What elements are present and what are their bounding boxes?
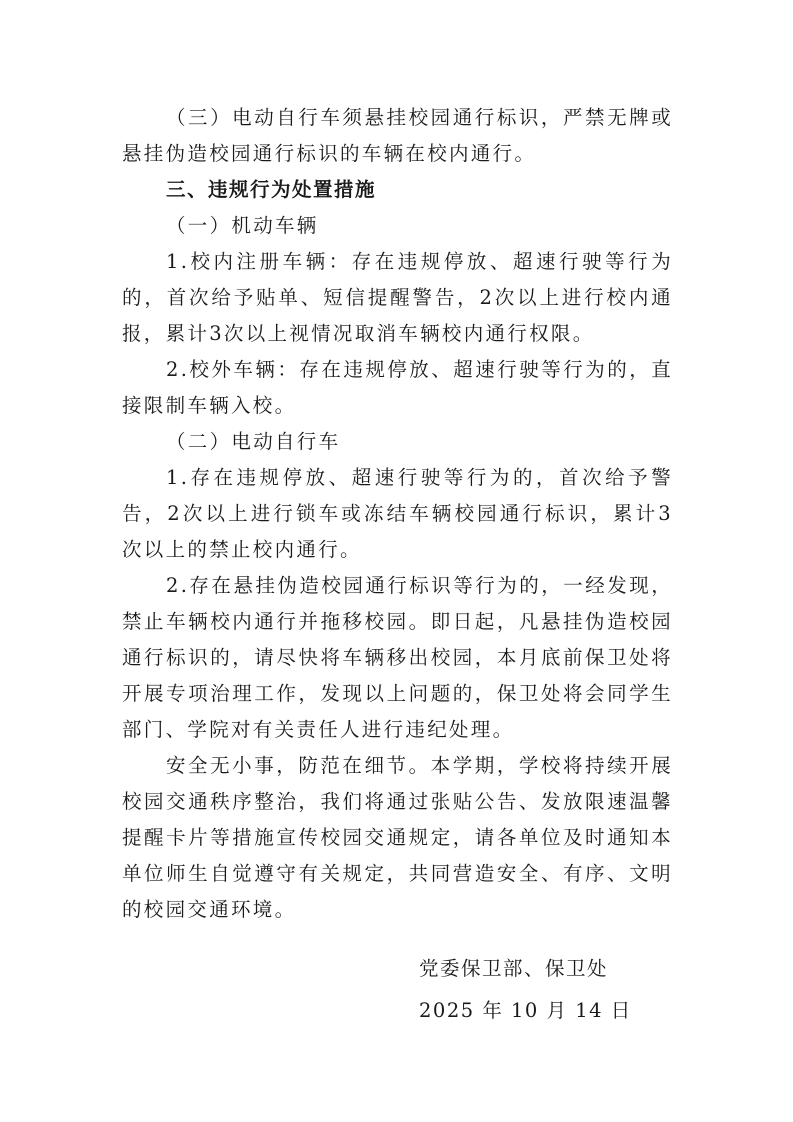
section-heading-violation-measures: 三、违规行为处置措施 — [122, 172, 673, 208]
subheading-motor-vehicles: （一）机动车辆 — [122, 208, 673, 244]
paragraph-e-bike-signage: （三）电动自行车须悬挂校园通行标识，严禁无牌或悬挂伪造校园通行标识的车辆在校内通… — [122, 100, 673, 172]
document-page: （三）电动自行车须悬挂校园通行标识，严禁无牌或悬挂伪造校园通行标识的车辆在校内通… — [0, 0, 793, 1122]
paragraph-registered-vehicles: 1.校内注册车辆：存在违规停放、超速行驶等行为的，首次给予贴单、短信提醒警告，2… — [122, 244, 673, 352]
paragraph-external-vehicles: 2.校外车辆：存在违规停放、超速行驶等行为的，直接限制车辆入校。 — [122, 352, 673, 424]
issue-date: 2025 年 10 月 14 日 — [419, 990, 632, 1032]
paragraph-e-bike-violations: 1.存在违规停放、超速行驶等行为的，首次给予警告，2次以上进行锁车或冻结车辆校园… — [122, 460, 673, 568]
issuer-name: 党委保卫部、保卫处 — [419, 948, 632, 990]
paragraph-forged-signage: 2.存在悬挂伪造校园通行标识等行为的，一经发现，禁止车辆校内通行并拖移校园。即日… — [122, 568, 673, 748]
paragraph-closing-remarks: 安全无小事，防范在细节。本学期，学校将持续开展校园交通秩序整治，我们将通过张贴公… — [122, 748, 673, 928]
signature-block: 党委保卫部、保卫处 2025 年 10 月 14 日 — [419, 948, 632, 1032]
document-body: （三）电动自行车须悬挂校园通行标识，严禁无牌或悬挂伪造校园通行标识的车辆在校内通… — [122, 100, 673, 928]
subheading-e-bikes: （二）电动自行车 — [122, 424, 673, 460]
